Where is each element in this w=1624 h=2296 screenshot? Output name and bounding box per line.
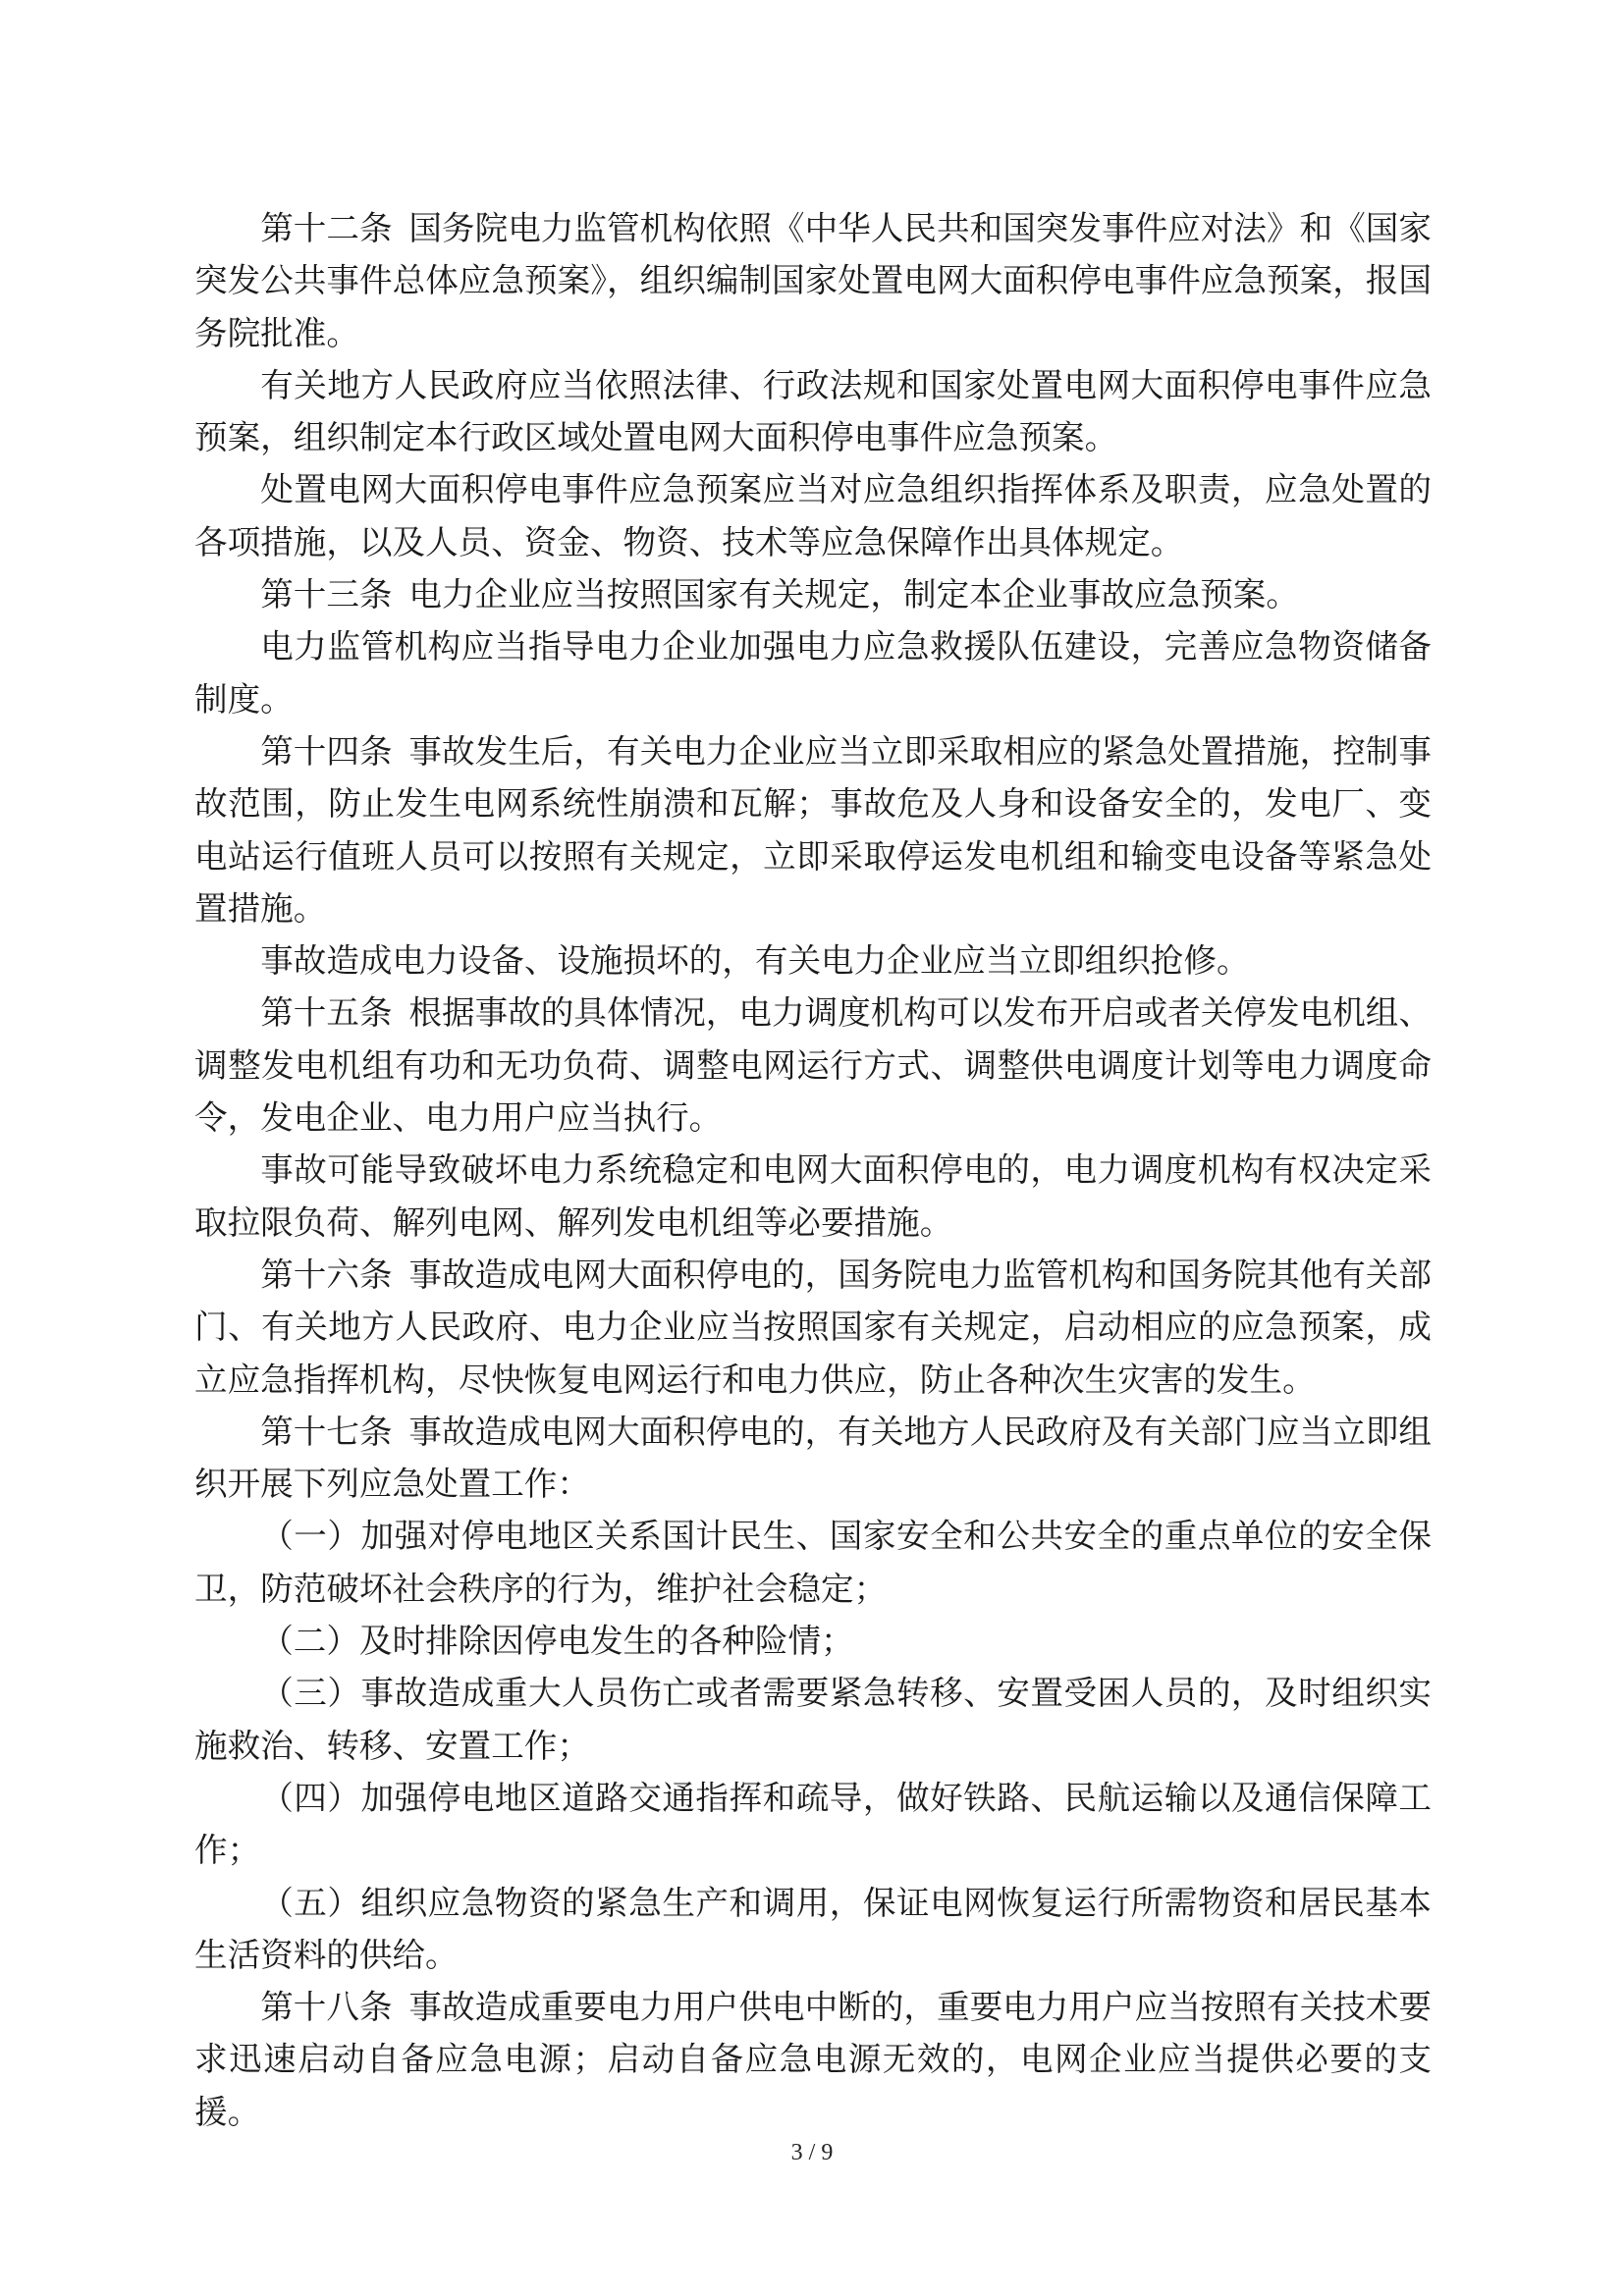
paragraph-text: 电力企业应当按照国家有关规定，制定本企业事故应急预案。	[408, 575, 1299, 614]
paragraph: 处置电网大面积停电事件应急预案应当对应急组织指挥体系及职责，应急处置的各项措施，…	[194, 463, 1432, 568]
article-number: 第十三条	[260, 575, 392, 614]
article-number: 第十六条	[260, 1255, 392, 1294]
paragraph-text: （五）组织应急物资的紧急生产和调用，保证电网恢复运行所需物资和居民基本生活资料的…	[194, 1884, 1432, 1974]
article-number: 第十四条	[260, 732, 392, 771]
paragraph-text: 处置电网大面积停电事件应急预案应当对应急组织指挥体系及职责，应急处置的各项措施，…	[194, 470, 1432, 561]
article-number: 第十二条	[260, 209, 392, 247]
paragraph-article-13: 第十三条电力企业应当按照国家有关规定，制定本企业事故应急预案。	[194, 568, 1432, 620]
paragraph-article-16: 第十六条事故造成电网大面积停电的，国务院电力监管机构和国务院其他有关部门、有关地…	[194, 1249, 1432, 1406]
paragraph-article-12: 第十二条国务院电力监管机构依照《中华人民共和国突发事件应对法》和《国家突发公共事…	[194, 202, 1432, 359]
document-page: 第十二条国务院电力监管机构依照《中华人民共和国突发事件应对法》和《国家突发公共事…	[0, 0, 1624, 2296]
paragraph: 有关地方人民政府应当依照法律、行政法规和国家处置电网大面积停电事件应急预案，组织…	[194, 359, 1432, 464]
paragraph-text: 电力监管机构应当指导电力企业加强电力应急救援队伍建设，完善应急物资储备制度。	[194, 627, 1432, 718]
paragraph: 事故造成电力设备、设施损坏的，有关电力企业应当立即组织抢修。	[194, 934, 1432, 987]
article-number: 第十七条	[260, 1413, 392, 1451]
paragraph: 事故可能导致破坏电力系统稳定和电网大面积停电的，电力调度机构有权决定采取拉限负荷…	[194, 1144, 1432, 1249]
list-item: （一）加强对停电地区关系国计民生、国家安全和公共安全的重点单位的安全保卫，防范破…	[194, 1510, 1432, 1615]
page-number: 3 / 9	[0, 2140, 1624, 2166]
paragraph-text: （四）加强停电地区道路交通指挥和疏导，做好铁路、民航运输以及通信保障工作；	[194, 1779, 1432, 1869]
paragraph-article-15: 第十五条根据事故的具体情况，电力调度机构可以发布开启或者关停发电机组、调整发电机…	[194, 987, 1432, 1144]
paragraph-article-18: 第十八条事故造成重要电力用户供电中断的，重要电力用户应当按照有关技术要求迅速启动…	[194, 1981, 1432, 2138]
paragraph-text: （二）及时排除因停电发生的各种险情；	[260, 1622, 853, 1660]
list-item: （五）组织应急物资的紧急生产和调用，保证电网恢复运行所需物资和居民基本生活资料的…	[194, 1877, 1432, 1982]
paragraph-text: 事故造成电力设备、设施损坏的，有关电力企业应当立即组织抢修。	[260, 941, 1249, 980]
paragraph-text: 有关地方人民政府应当依照法律、行政法规和国家处置电网大面积停电事件应急预案，组织…	[194, 366, 1432, 456]
list-item: （二）及时排除因停电发生的各种险情；	[194, 1615, 1432, 1667]
article-number: 第十八条	[260, 1988, 392, 2026]
paragraph-article-17: 第十七条事故造成电网大面积停电的，有关地方人民政府及有关部门应当立即组织开展下列…	[194, 1406, 1432, 1511]
paragraph: 电力监管机构应当指导电力企业加强电力应急救援队伍建设，完善应急物资储备制度。	[194, 620, 1432, 725]
list-item: （四）加强停电地区道路交通指挥和疏导，做好铁路、民航运输以及通信保障工作；	[194, 1772, 1432, 1877]
article-number: 第十五条	[260, 993, 392, 1032]
document-body: 第十二条国务院电力监管机构依照《中华人民共和国突发事件应对法》和《国家突发公共事…	[194, 202, 1432, 2138]
list-item: （三）事故造成重大人员伤亡或者需要紧急转移、安置受困人员的，及时组织实施救治、转…	[194, 1667, 1432, 1772]
paragraph-text: （一）加强对停电地区关系国计民生、国家安全和公共安全的重点单位的安全保卫，防范破…	[194, 1517, 1432, 1607]
paragraph-text: 事故可能导致破坏电力系统稳定和电网大面积停电的，电力调度机构有权决定采取拉限负荷…	[194, 1150, 1432, 1241]
paragraph-article-14: 第十四条事故发生后，有关电力企业应当立即采取相应的紧急处置措施，控制事故范围，防…	[194, 725, 1432, 934]
paragraph-text: （三）事故造成重大人员伤亡或者需要紧急转移、安置受困人员的，及时组织实施救治、转…	[194, 1674, 1432, 1764]
